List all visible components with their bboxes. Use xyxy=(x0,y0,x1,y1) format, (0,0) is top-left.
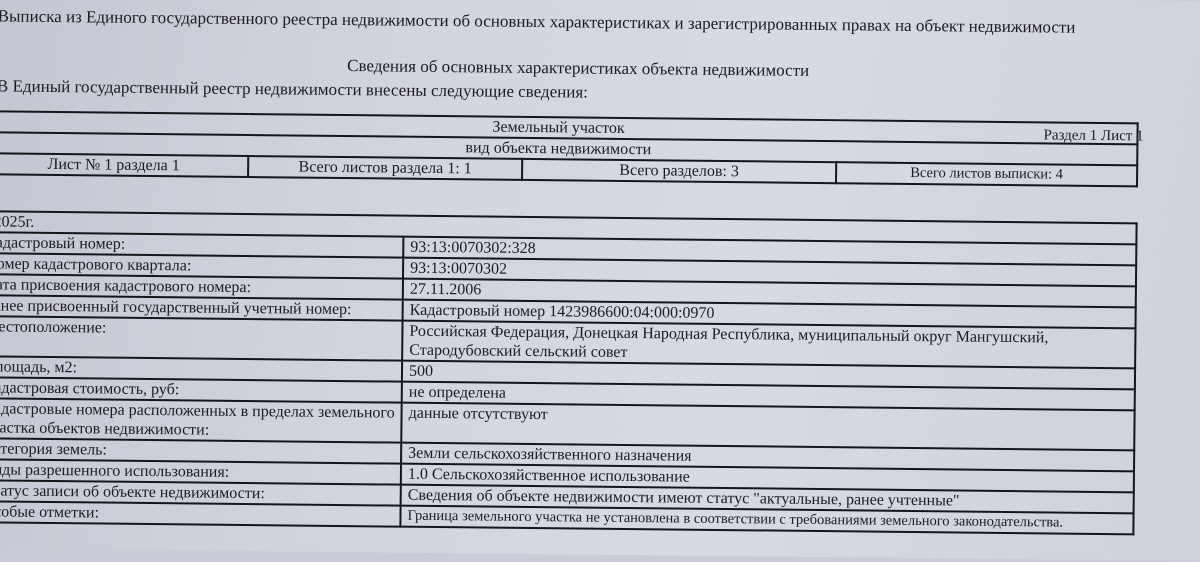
document-title: Выписка из Единого государственного реес… xyxy=(0,6,1076,37)
document-subtitle: Сведения об основных характеристиках объ… xyxy=(347,56,809,81)
total-sheets-section: Всего листов раздела 1: 1 xyxy=(248,156,522,180)
document-page: Выписка из Единого государственного реес… xyxy=(0,0,1200,527)
total-sheets-extract: Всего листов выписки: 4 xyxy=(836,162,1137,186)
document-intro: В Единый государственный реестр недвижим… xyxy=(0,76,588,102)
characteristics-table: ..2025г. Кадастровый номер: 93:13:007030… xyxy=(0,210,1138,527)
total-sections: Всего разделов: 3 xyxy=(522,159,836,183)
row-label: Особые отметки: xyxy=(0,501,401,526)
row-label: Кадастровые номера расположенных в преде… xyxy=(0,398,402,442)
row-label: Местоположение: xyxy=(0,316,403,360)
sheet-number: Лист № 1 раздела 1 xyxy=(0,153,248,177)
registry-table: Земельный участок вид объекта недвижимос… xyxy=(0,110,1139,187)
